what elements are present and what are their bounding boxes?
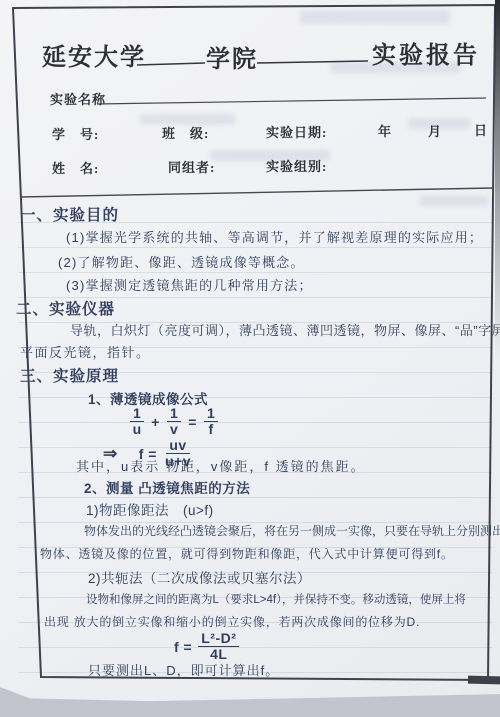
purpose-item: (1)掌握光学系统的共轴、等高调节，并了解视差原理的实际应用； [66, 227, 483, 246]
field-student-id: 学 号: [52, 124, 99, 143]
university-name: 延安大学 [42, 37, 146, 72]
report-title: 实验报告 [372, 35, 480, 70]
field-month: 月 [428, 121, 442, 140]
method2-paragraph: 物体、透镜及像的位置，就可得到物距和像距，代入式中计算便可得到f。 [40, 545, 454, 562]
method2-title: 2、测量 凸透镜焦距的方法 [84, 477, 250, 497]
method2-sub2: 2)共轭法（二次成像法或贝塞尔法） [88, 567, 311, 587]
method2-sub1: 1)物距像距法 (u>f) [86, 499, 214, 519]
closing-line: 只要测出L、D，即可计算出f。 [88, 660, 279, 679]
fraction: L²-D²4L [198, 631, 239, 663]
field-group: 实验组别: [266, 156, 327, 175]
purpose-item: (2)了解物距、像距、透镜成像等概念。 [58, 252, 305, 271]
fraction: 1f [204, 406, 218, 438]
purpose-item: (3)掌握测定透镜焦距的几种常用方法； [66, 275, 313, 294]
photo-corner-shadow [468, 676, 500, 685]
formula-note: 其中，u表示 物距，v像距，f 透镜的焦距。 [76, 456, 366, 475]
method2-paragraph: 设物和像屏之间的距离为L（要求L>4f），并保持不变。移动透镜，使屏上将 [86, 591, 466, 607]
method2-paragraph: 物体发出的光线经凸透镜会聚后，将在另一侧成一实像，只要在导轨上分别测出 [84, 522, 500, 539]
fraction: 1v [167, 406, 181, 438]
fraction: 1u [130, 406, 144, 438]
bessel-formula: f = L²-D²4L [174, 631, 239, 663]
field-year: 年 [378, 121, 392, 140]
instruments-line: 导轨，白炽灯（亮度可调），薄凸透镜、薄凹透镜，物屏、像屏、“品”字屏 [70, 320, 500, 339]
field-class: 班 级: [162, 123, 209, 142]
photo-edge-shadow [495, 0, 500, 360]
lens-imaging-formula: 1u + 1v = 1f [130, 406, 218, 438]
field-date: 实验日期: [266, 122, 327, 141]
field-day: 日 [474, 120, 488, 139]
photo-background: 延安大学 学院 实验报告 实验名称 学 号: 班 级: 实验日期: 年 月 日 … [0, 0, 500, 717]
instruments-line: 平面反光镜，指针。 [20, 342, 151, 361]
section1-title: 一、实验目的 [20, 203, 119, 225]
paper: 延安大学 学院 实验报告 实验名称 学 号: 班 级: 实验日期: 年 月 日 … [0, 0, 500, 704]
method1-title: 1、薄透镜成像公式 [88, 388, 208, 408]
section2-title: 二、实验仪器 [16, 297, 115, 319]
college-suffix: 学院 [206, 39, 258, 74]
field-partner: 同组者: [168, 157, 215, 176]
method2-paragraph: 出现 放大的倒立实像和缩小的倒立实像，若两次成像间的位移为D. [44, 613, 420, 630]
field-name: 姓 名: [52, 158, 99, 177]
field-experiment-name: 实验名称 [50, 89, 106, 108]
section3-title: 三、实验原理 [20, 364, 119, 386]
